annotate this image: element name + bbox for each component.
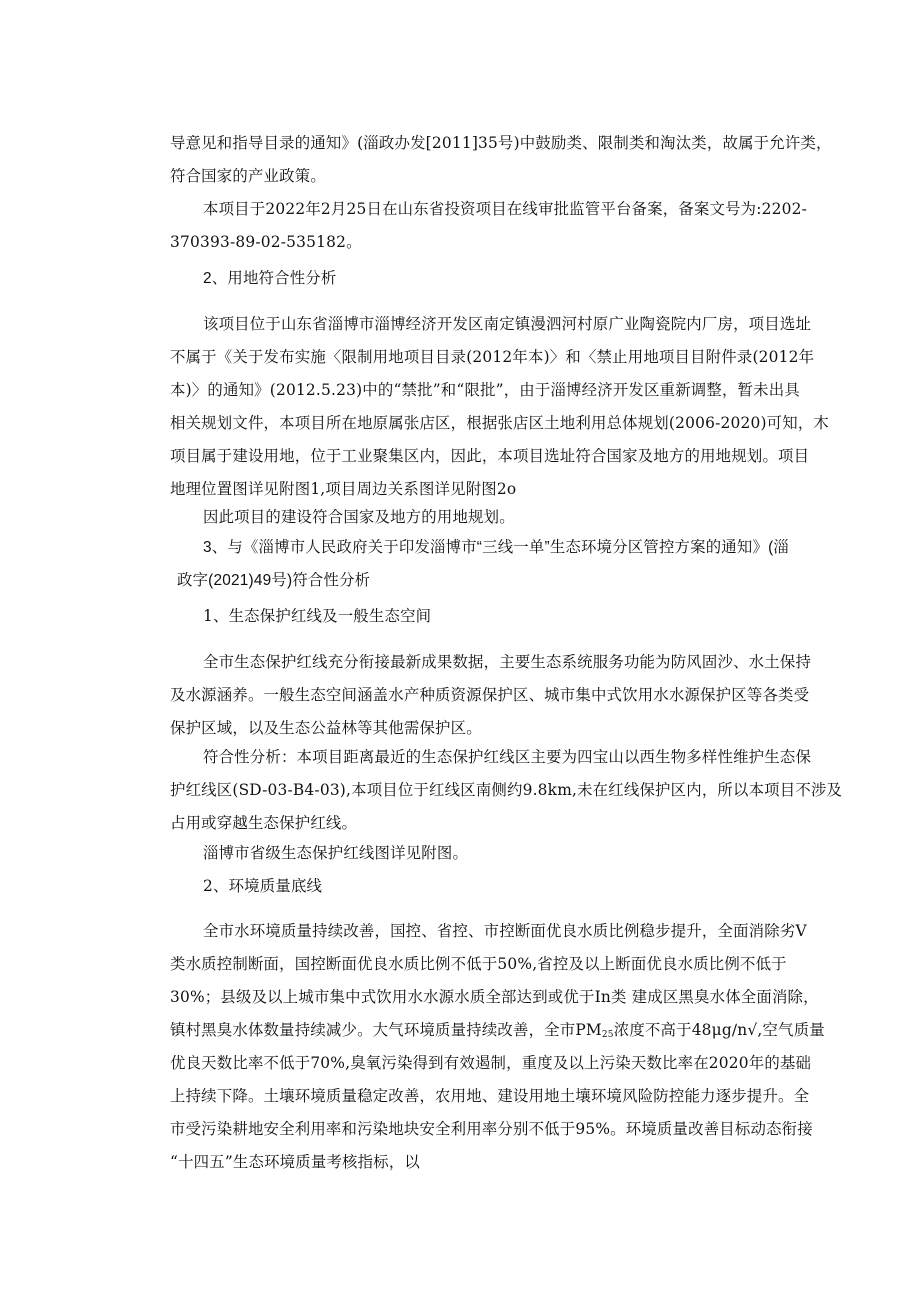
paragraph-line: 30%；县级及以上城市集中式饮用水水源水质全部达到或优于In类 建成区黑臭水体全… <box>170 987 819 1007</box>
section-heading-three-lines: 3、与《淄博市人民政府关于印发淄博市“三线一单”生态环境分区管控方案的通知》(淄 <box>203 538 789 558</box>
paragraph-line: “十四五”生态环境质量考核指标，以 <box>170 1152 420 1172</box>
paragraph-line: 导意见和指导目录的通知》(淄政办发[2011]35号)中鼓励类、限制类和淘汰类，… <box>170 133 832 153</box>
paragraph-line: 及水源涵养。一般生态空间涵盖水产种质资源保护区、城市集中式饮用水水源保护区等各类… <box>170 685 809 705</box>
pm-text-after: 浓度不高于48μg∕n√,空气质量 <box>614 1021 825 1039</box>
paragraph-line: 不属于《关于发布实施〈限制用地项目目录(2012年本)〉和〈禁止用地项目目附件录… <box>170 347 814 367</box>
paragraph-line: 保护区域，以及生态公益林等其他需保护区。 <box>170 718 482 738</box>
paragraph-line: 地理位置图详见附图1,项目周边关系图详见附图2o <box>170 479 516 499</box>
paragraph-line: 因此项目的建设符合国家及地方的用地规划。 <box>203 507 515 527</box>
paragraph-line: 占用或穿越生态保护红线。 <box>170 813 357 833</box>
paragraph-line: 淄博市省级生态保护红线图详见附图。 <box>203 843 468 863</box>
paragraph-line: 项目属于建设用地，位于工业聚集区内，因此，本项目选址符合国家及地方的用地规划。项… <box>170 446 809 466</box>
paragraph-line-pm25: 镇村黑臭水体数量持续减少。大气环境质量持续改善，全市PM25浓度不高于48μg∕… <box>170 1020 825 1045</box>
subsection-heading-environment-quality: 2、环境质量底线 <box>203 876 322 896</box>
paragraph-line: 符合国家的产业政策。 <box>170 166 326 186</box>
pm-subscript: 25 <box>602 1030 614 1040</box>
paragraph-line: 优良天数比率不低于70%,臭氧污染得到有效遏制，重度及以上污染天数比率在2020… <box>170 1053 811 1073</box>
pm-text-before: 镇村黑臭水体数量持续减少。大气环境质量持续改善，全市PM <box>170 1021 602 1039</box>
paragraph-line: 本)〉的通知》(2012.5.23)中的“禁批”和“限批”，由于淄博经济开发区重… <box>170 380 800 400</box>
paragraph-line: 护红线区(SD-03-B4-03),本项目位于红线区南侧约9.8km,未在红线保… <box>170 780 842 800</box>
paragraph-line: 相关规划文件，本项目所在地原属张店区，根据张店区土地利用总体规划(2006-20… <box>170 413 829 433</box>
paragraph-line: 全市生态保护红线充分衔接最新成果数据，主要生态系统服务功能为防风固沙、水土保持 <box>203 652 811 672</box>
paragraph-line: 市受污染耕地安全利用率和污染地块安全利用率分别不低于95%。环境质量改善目标动态… <box>170 1119 813 1139</box>
paragraph-line: 本项目于2022年2月25日在山东省投资项目在线审批监管平台备案，备案文号为:2… <box>203 199 807 219</box>
paragraph-line: 符合性分析：本项目距离最近的生态保护红线区主要为四宝山以西生物多样性维护生态保 <box>203 747 811 767</box>
section-heading-land-use: 2、用地符合性分析 <box>203 269 337 289</box>
paragraph-line: 上持续下降。土壤环境质量稳定改善，农用地、建设用地土壤环境风险防控能力逐步提升。… <box>170 1086 809 1106</box>
subsection-heading-ecological-redline: 1、生态保护红线及一般生态空间 <box>203 606 431 626</box>
document-page: 导意见和指导目录的通知》(淄政办发[2011]35号)中鼓励类、限制类和淘汰类，… <box>0 0 920 1301</box>
paragraph-line: 该项目位于山东省淄博市淄博经济开发区南定镇漫泗河村原广业陶瓷院内厂房，项目选址 <box>203 314 811 334</box>
paragraph-line: 类水质控制断面，国控断面优良水质比例不低于50%,省控及以上断面优良水质比例不低… <box>170 954 787 974</box>
paragraph-line: 370393-89-02-535182。 <box>170 232 362 252</box>
paragraph-line: 全市水环境质量持续改善，国控、省控、市控断面优良水质比例稳步提升，全面消除劣V <box>203 921 807 941</box>
section-heading-three-lines-cont: 政字(2021)49号)符合性分析 <box>177 571 370 591</box>
